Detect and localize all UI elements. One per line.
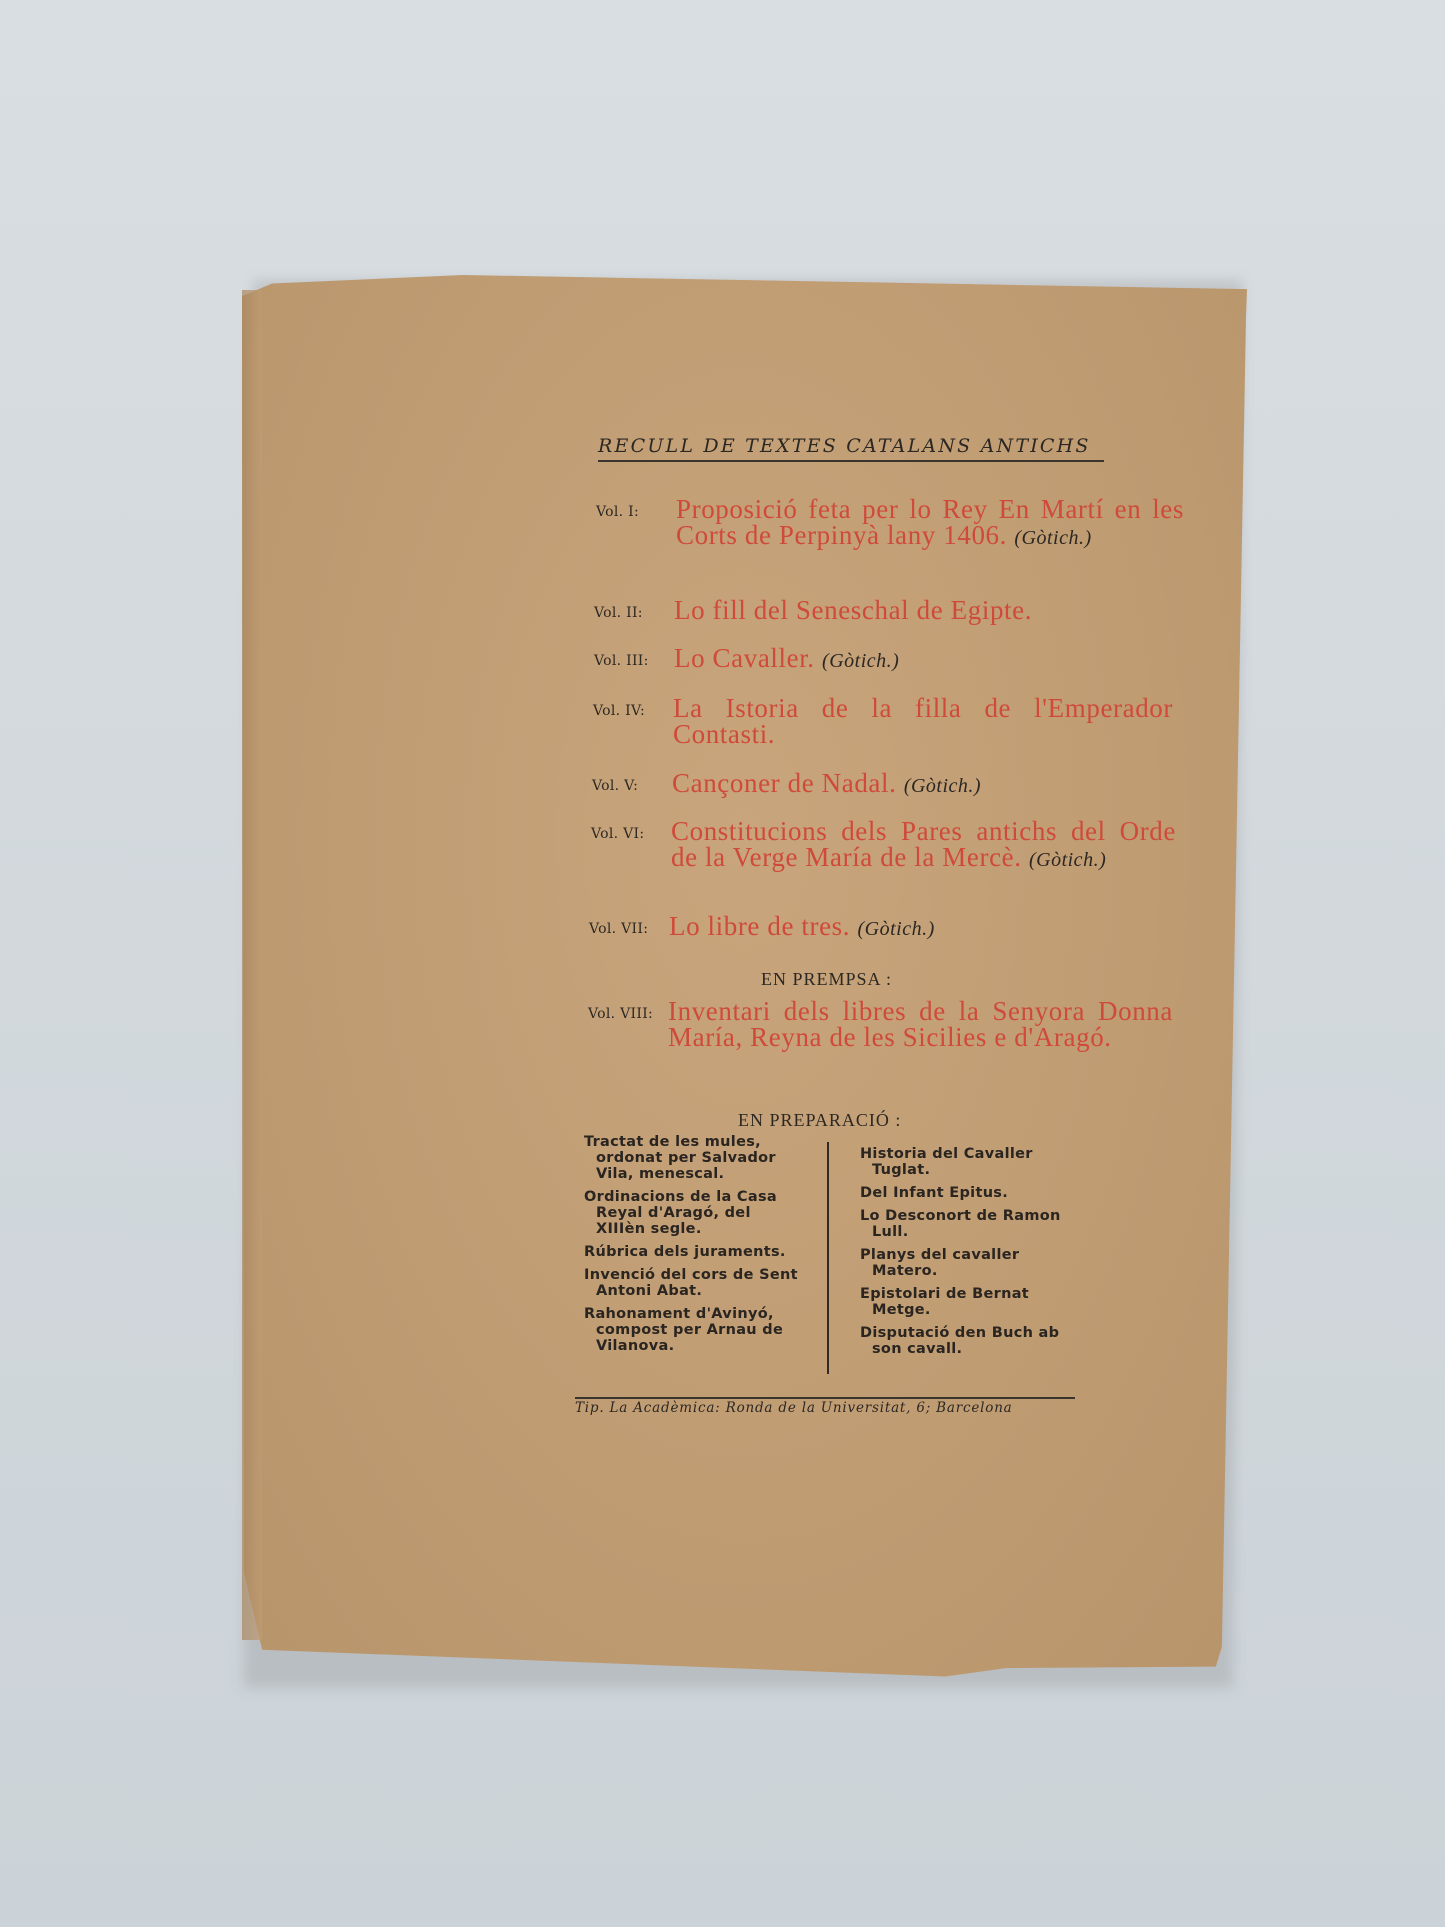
- volume-title-block: La Istoria de la filla de l'Emperador Co…: [673, 695, 1173, 747]
- volume-label: Vol. V:: [592, 770, 672, 794]
- volume-title-block: Inventari dels libres de la Senyora Donn…: [668, 998, 1173, 1050]
- volume-label: Vol. IV:: [593, 695, 673, 719]
- volume-entry-in-press: Vol. VIII: Inventari dels libres de la S…: [588, 998, 1173, 1050]
- volume-label: Vol. VII:: [589, 913, 669, 937]
- preparation-item: Tractat de les mules, ordonat per Salvad…: [584, 1134, 799, 1182]
- volume-title-block: Lo Cavaller. (Gòtich.): [674, 645, 1184, 674]
- preparation-item: Historia del Cavaller Tuglat.: [860, 1146, 1090, 1178]
- volume-note: (Gòtich.): [904, 775, 981, 797]
- volume-label: Vol. I:: [596, 496, 676, 520]
- volume-entry: Vol. IV: La Istoria de la filla de l'Emp…: [593, 695, 1173, 747]
- preparation-item: Invenció del cors de Sent Antoni Abat.: [584, 1267, 799, 1299]
- volume-title: Inventari dels libres de la Senyora Donn…: [668, 996, 1173, 1052]
- volume-entry: Vol. V: Cançoner de Nadal. (Gòtich.): [592, 770, 1182, 799]
- volume-title-block: Constitucions dels Pares antichs del Ord…: [671, 818, 1176, 873]
- volume-note: (Gòtich.): [1014, 527, 1091, 549]
- volume-entry: Vol. II: Lo fill del Seneschal de Egipte…: [594, 597, 1194, 623]
- volume-title-block: Lo libre de tres. (Gòtich.): [669, 913, 1179, 942]
- volume-entry: Vol. III: Lo Cavaller. (Gòtich.): [594, 645, 1184, 674]
- preparation-item: Rahonament d'Avinyó, compost per Arnau d…: [584, 1306, 799, 1354]
- volume-note: (Gòtich.): [858, 918, 935, 940]
- volume-entry: Vol. I: Proposició feta per lo Rey En Ma…: [596, 496, 1184, 551]
- preparation-item: Disputació den Buch ab son cavall.: [860, 1325, 1090, 1357]
- volume-title: Proposició feta per lo Rey En Martí en l…: [676, 494, 1184, 550]
- volume-label: Vol. III:: [594, 645, 674, 669]
- volume-title: Lo libre de tres.: [669, 911, 850, 941]
- in-press-heading: EN PREMPSA :: [761, 969, 892, 990]
- volume-entry: Vol. VII: Lo libre de tres. (Gòtich.): [589, 913, 1179, 942]
- preparation-item: Planys del cavaller Matero.: [860, 1247, 1090, 1279]
- in-preparation-heading: EN PREPARACIÓ :: [738, 1110, 901, 1131]
- volume-note: (Gòtich.): [822, 650, 899, 672]
- preparation-item: Epistolari de Bernat Metge.: [860, 1286, 1090, 1318]
- preparation-right-column: Historia del Cavaller Tuglat. Del Infant…: [860, 1146, 1090, 1364]
- volume-label: Vol. VI:: [591, 818, 671, 842]
- preparation-item: Lo Desconort de Ramon Lull.: [860, 1208, 1090, 1240]
- preparation-item: Ordinacions de la Casa Reyal d'Aragó, de…: [584, 1189, 799, 1237]
- volume-label: Vol. II:: [594, 597, 674, 621]
- volume-title-block: Lo fill del Seneschal de Egipte.: [674, 597, 1194, 623]
- volume-title: Lo Cavaller.: [674, 643, 815, 673]
- volume-title: La Istoria de la filla de l'Emperador Co…: [673, 693, 1173, 749]
- footer-rule: [575, 1397, 1075, 1399]
- printer-imprint: Tip. La Acadèmica: Ronda de la Universit…: [575, 1400, 1075, 1416]
- volume-label: Vol. VIII:: [588, 998, 668, 1022]
- preparation-item: Del Infant Epitus.: [860, 1185, 1090, 1201]
- page-content: RECULL DE TEXTES CATALANS ANTICHS Vol. I…: [0, 0, 1445, 1927]
- preparation-left-column: Tractat de les mules, ordonat per Salvad…: [584, 1134, 799, 1361]
- volume-title: Cançoner de Nadal.: [672, 768, 896, 798]
- volume-title-block: Proposició feta per lo Rey En Martí en l…: [676, 496, 1184, 551]
- volume-note: (Gòtich.): [1029, 849, 1106, 871]
- volume-title: Lo fill del Seneschal de Egipte.: [674, 595, 1032, 625]
- column-divider: [827, 1142, 829, 1374]
- volume-title-block: Cançoner de Nadal. (Gòtich.): [672, 770, 1182, 799]
- series-title: RECULL DE TEXTES CATALANS ANTICHS: [598, 435, 1104, 462]
- volume-entry: Vol. VI: Constitucions dels Pares antich…: [591, 818, 1176, 873]
- preparation-item: Rúbrica dels juraments.: [584, 1244, 799, 1260]
